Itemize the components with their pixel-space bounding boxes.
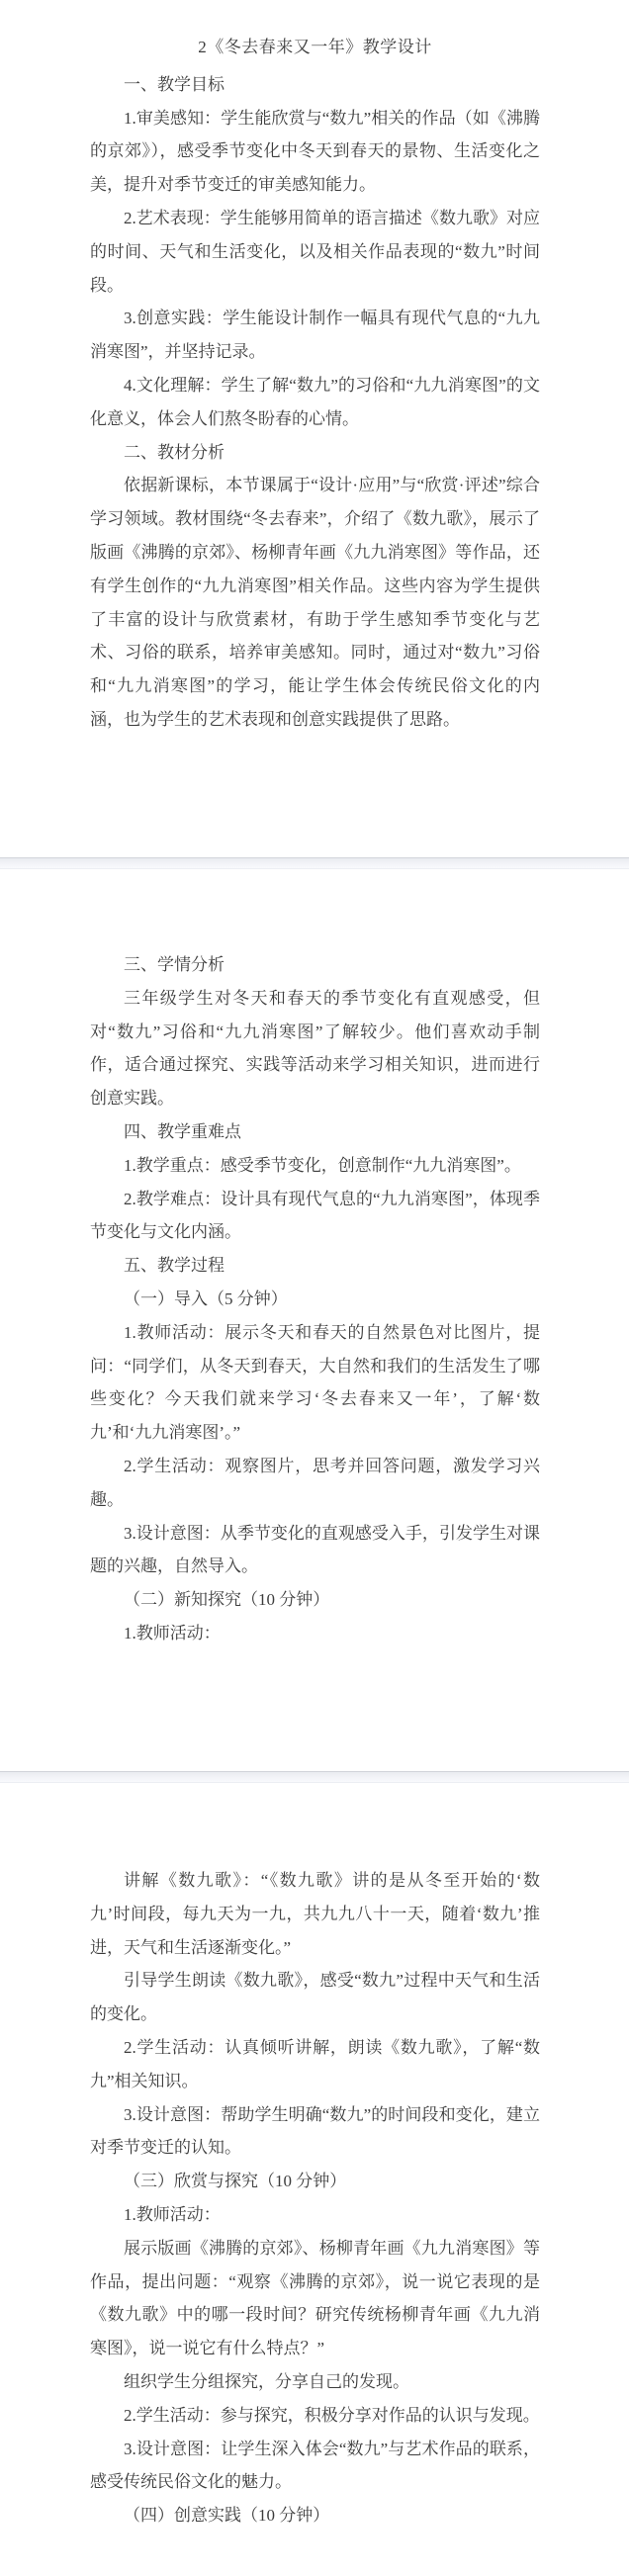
- para-design-intent-inquiry: 3.设计意图：让学生深入体会“数九”与艺术作品的联系，感受传统民俗文化的魅力。: [90, 2433, 540, 2500]
- para-teaching-difficulty: 2.教学难点：设计具有现代气息的“九九消寒图”，体现季节变化与文化内涵。: [90, 1183, 540, 1250]
- para-show-artworks: 展示版画《沸腾的京郊》、杨柳青年画《九九消寒图》等作品，提出问题：“观察《沸腾的…: [90, 2232, 540, 2365]
- page-separator-2: [0, 1771, 629, 1783]
- para-student-activity-lead-in: 2.学生活动：观察图片，思考并回答问题，激发学习兴趣。: [90, 1450, 540, 1517]
- para-artistic-expression: 2.艺术表现：学生能够用简单的语言描述《数九歌》对应的时间、天气和生活变化，以及…: [90, 202, 540, 302]
- page-separator-1: [0, 857, 629, 869]
- para-material-analysis-body: 依据新课标，本节课属于“设计·应用”与“欣赏·评述”综合学习领域。教材围绕“冬去…: [90, 469, 540, 736]
- document-viewer: 2《冬去春来又一年》教学设计 一、教学目标 1.审美感知：学生能欣赏与“数九”相…: [0, 0, 629, 2576]
- para-explain-shujiu-song: 讲解《数九歌》：“《数九歌》讲的是从冬至开始的‘数九’时间段，每九天为一九，共九…: [90, 1864, 540, 1964]
- para-learner-analysis-body: 三年级学生对冬天和春天的季节变化有直观感受，但对“数九”习俗和“九九消寒图”了解…: [90, 982, 540, 1115]
- para-student-activity-inquiry: 2.学生活动：参与探究，积极分享对作品的认识与发现。: [90, 2399, 540, 2433]
- heading-key-difficult-points: 四、教学重难点: [90, 1115, 540, 1149]
- heading-teaching-objectives: 一、教学目标: [90, 68, 540, 102]
- subheading-appreciation-inquiry: （三）欣赏与探究（10 分钟）: [90, 2165, 540, 2198]
- para-student-activity-new-knowledge: 2.学生活动：认真倾听讲解，朗读《数九歌》，了解“数九”相关知识。: [90, 2031, 540, 2098]
- heading-learner-analysis: 三、学情分析: [90, 948, 540, 982]
- para-teacher-activity-new-knowledge: 1.教师活动：: [90, 1617, 540, 1650]
- subheading-new-knowledge: （二）新知探究（10 分钟）: [90, 1583, 540, 1617]
- subheading-lead-in: （一）导入（5 分钟）: [90, 1283, 540, 1316]
- para-design-intent-new-knowledge: 3.设计意图：帮助学生明确“数九”的时间段和变化，建立对季节变迁的认知。: [90, 2098, 540, 2166]
- para-guide-reading: 引导学生朗读《数九歌》，感受“数九”过程中天气和生活的变化。: [90, 1964, 540, 2031]
- document-title: 2《冬去春来又一年》教学设计: [90, 31, 540, 64]
- para-teacher-activity-lead-in: 1.教师活动：展示冬天和春天的自然景色对比图片，提问：“同学们，从冬天到春天，大…: [90, 1316, 540, 1450]
- page-3: 讲解《数九歌》：“《数九歌》讲的是从冬至开始的‘数九’时间段，每九天为一九，共九…: [0, 1783, 629, 2576]
- para-aesthetic-perception: 1.审美感知：学生能欣赏与“数九”相关的作品（如《沸腾的京郊》），感受季节变化中…: [90, 102, 540, 202]
- heading-teaching-process: 五、教学过程: [90, 1249, 540, 1283]
- para-organize-groups: 组织学生分组探究，分享自己的发现。: [90, 2365, 540, 2399]
- para-cultural-understanding: 4.文化理解：学生了解“数九”的习俗和“九九消寒图”的文化意义，体会人们熬冬盼春…: [90, 369, 540, 436]
- page-1: 2《冬去春来又一年》教学设计 一、教学目标 1.审美感知：学生能欣赏与“数九”相…: [0, 0, 629, 857]
- subheading-creative-practice: （四）创意实践（10 分钟）: [90, 2499, 540, 2532]
- page-2: 三、学情分析 三年级学生对冬天和春天的季节变化有直观感受，但对“数九”习俗和“九…: [0, 869, 629, 1771]
- para-teaching-key-point: 1.教学重点：感受季节变化，创意制作“九九消寒图”。: [90, 1149, 540, 1183]
- para-teacher-activity-inquiry: 1.教师活动：: [90, 2198, 540, 2232]
- para-design-intent-lead-in: 3.设计意图：从季节变化的直观感受入手，引发学生对课题的兴趣，自然导入。: [90, 1517, 540, 1584]
- heading-material-analysis: 二、教材分析: [90, 436, 540, 470]
- para-creative-practice: 3.创意实践：学生能设计制作一幅具有现代气息的“九九消寒图”，并坚持记录。: [90, 302, 540, 369]
